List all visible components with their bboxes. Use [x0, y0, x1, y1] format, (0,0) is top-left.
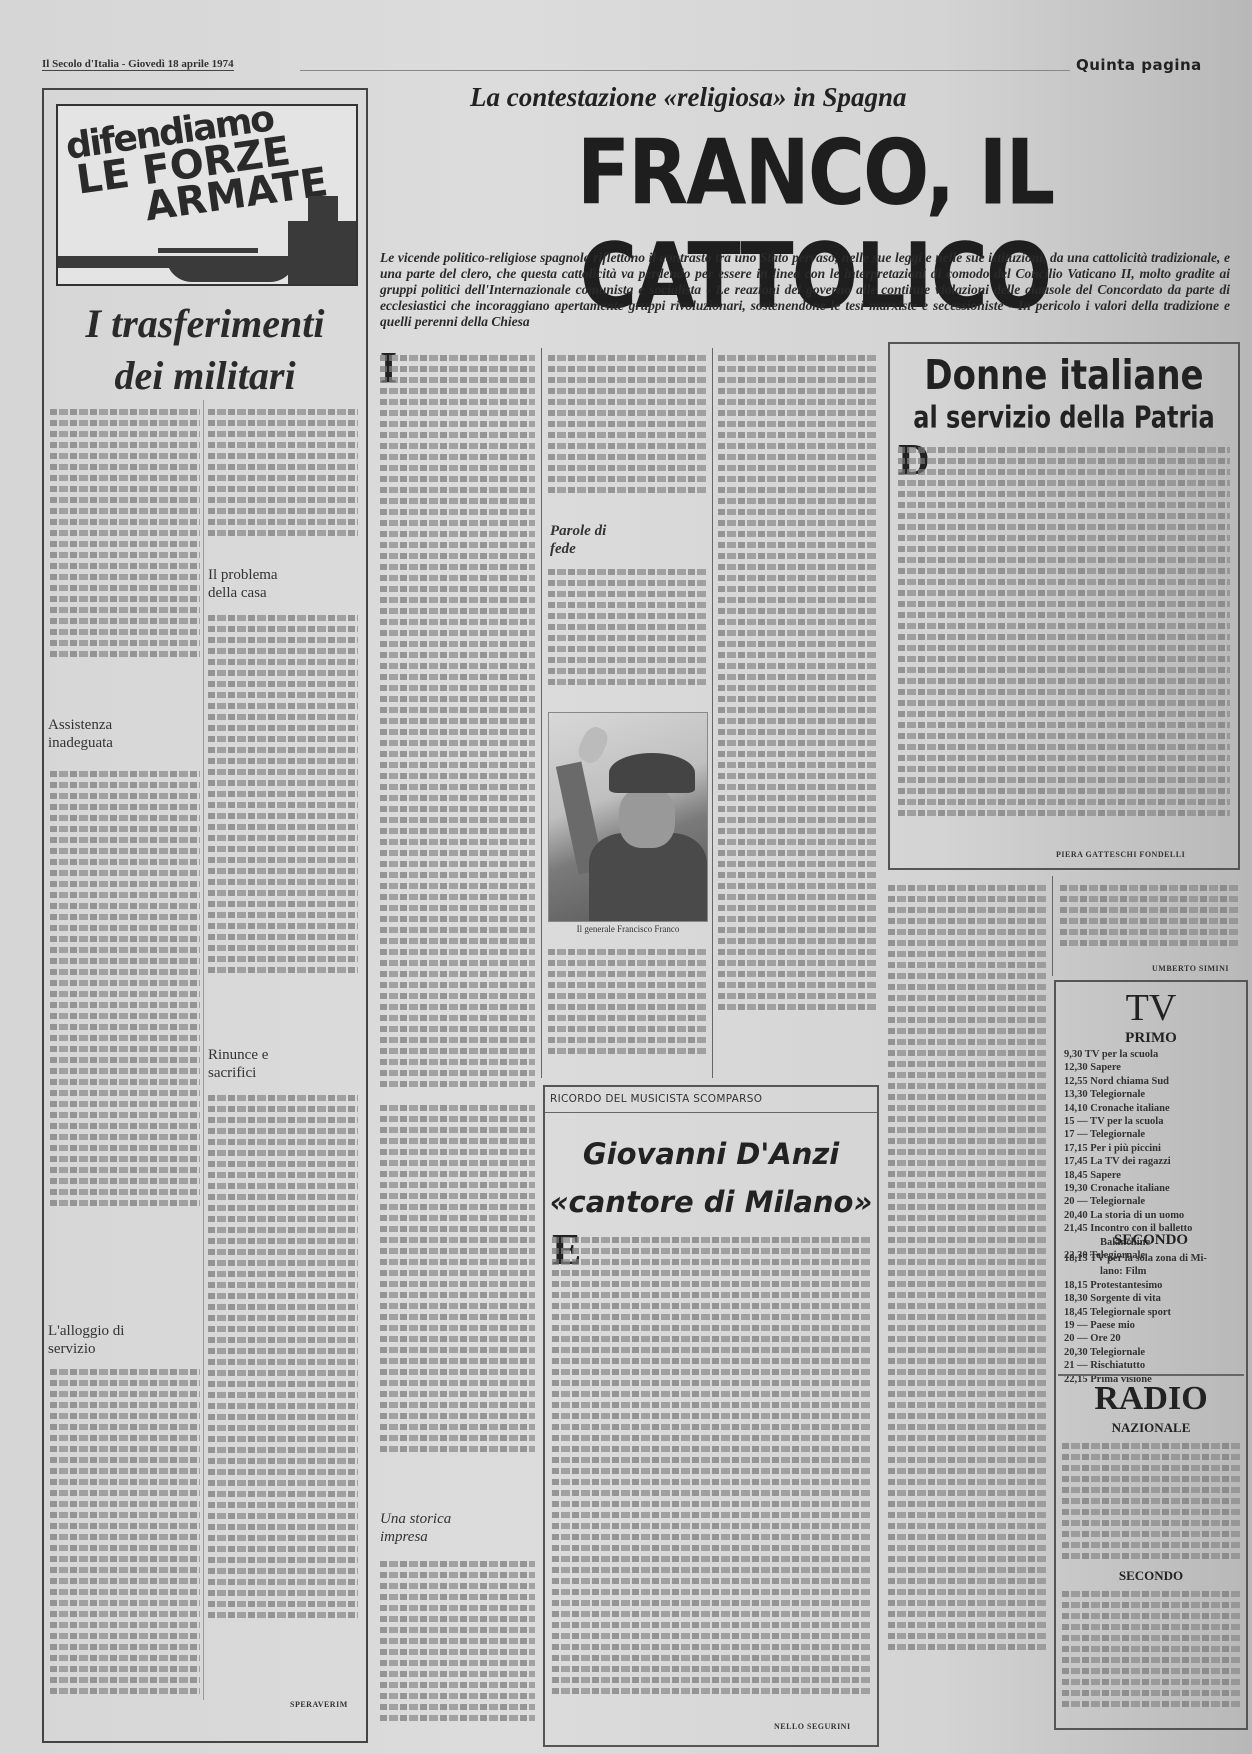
tv-primo-item: 20,40 La storia di un uomo [1064, 1209, 1244, 1222]
radio-secondo-label: SECONDO [1056, 1568, 1246, 1584]
left-body-col-1 [50, 404, 200, 684]
col-divider-2 [712, 348, 713, 1078]
donne-title: Donne italiane [892, 352, 1236, 400]
main-body-col-2-mid [548, 564, 706, 704]
main-kicker: La contestazione «religiosa» in Spagna [470, 82, 907, 113]
subhead-rinunce: Rinunce e sacrifici [208, 1046, 298, 1082]
tv-secondo-list: 18,15 TV per la sola zona di Mi- lano: F… [1064, 1252, 1244, 1386]
page-label: Quinta pagina [1076, 56, 1202, 74]
main-body-col-5 [1060, 880, 1240, 970]
left-title-line-1: I trasferimenti [50, 298, 360, 350]
left-body-col-2c [208, 1090, 358, 1690]
tank-icon [166, 256, 296, 282]
newspaper-page: Il Secolo d'Italia - Giovedì 18 aprile 1… [0, 0, 1252, 1754]
tv-primo-item: 14,10 Cronache italiane [1064, 1102, 1244, 1115]
military-cap [609, 753, 695, 793]
subhead-alloggio: L'alloggio di servizio [48, 1322, 158, 1358]
tv-radio-divider [1058, 1374, 1244, 1376]
radio-title: RADIO [1056, 1380, 1246, 1418]
radio-nazionale-label: NAZIONALE [1056, 1420, 1246, 1436]
main-deck: Le vicende politico-religiose spagnole r… [380, 250, 1230, 330]
subhead-parole-di-fede: Parole di fede [550, 522, 630, 558]
main-signature: UMBERTO SIMINI [1152, 964, 1229, 973]
tv-secondo-item: 20,30 Telegiornale [1064, 1346, 1244, 1359]
masthead-date: Il Secolo d'Italia - Giovedì 18 aprile 1… [42, 58, 234, 71]
tv-secondo-item: 21 — Rischiatutto [1064, 1359, 1244, 1372]
tv-secondo-item: 19 — Paese mio [1064, 1319, 1244, 1332]
donne-body: D [898, 442, 1230, 822]
franco-photo [548, 712, 708, 922]
danzi-body: E [552, 1232, 870, 1712]
subhead-assistenza: Assistenza inadeguata [48, 716, 178, 752]
tv-primo-item: 15 — TV per la scuola [1064, 1115, 1244, 1128]
tv-secondo-item: 20 — Ore 20 [1064, 1332, 1244, 1345]
left-article-title: I trasferimenti dei militari [50, 298, 360, 402]
tv-secondo-item: 18,15 Protestantesimo [1064, 1279, 1244, 1292]
main-body-col-2-bottom [548, 944, 706, 1074]
left-signature: SPERAVERIM [290, 1700, 348, 1709]
left-title-line-2: dei militari [50, 350, 360, 402]
tv-secondo-item: 18,30 Sorgente di vita [1064, 1292, 1244, 1305]
danzi-title-line-2: «cantore di Milano» [548, 1178, 874, 1226]
main-body-col-4 [888, 880, 1048, 1740]
tank-gun-icon [158, 248, 258, 253]
danzi-title-line-1: Giovanni D'Anzi [548, 1130, 874, 1178]
tv-primo-label: PRIMO [1056, 1030, 1246, 1047]
tv-primo-item: 17,15 Per i più piccini [1064, 1142, 1244, 1155]
raised-hand [575, 724, 612, 767]
tv-primo-list: 9,30 TV per la scuola 12,30 Sapere 12,55… [1064, 1048, 1244, 1263]
tv-primo-item: 19,30 Cronache italiane [1064, 1182, 1244, 1195]
subhead-problema-casa: Il problema della casa [208, 566, 308, 602]
logo-text: difendiamo LE FORZE ARMATE [64, 104, 330, 236]
col-divider-1 [541, 348, 542, 1078]
ship-icon [288, 221, 356, 284]
tv-primo-item: 12,55 Nord chiama Sud [1064, 1075, 1244, 1088]
tv-primo-item: 20 — Telegiornale [1064, 1195, 1244, 1208]
tv-primo-item: 17 — Telegiornale [1064, 1128, 1244, 1141]
radio-nazionale-list [1062, 1438, 1242, 1568]
danzi-title: Giovanni D'Anzi «cantore di Milano» [548, 1130, 874, 1226]
tv-secondo-item: 18,15 TV per la sola zona di Mi- [1064, 1252, 1244, 1265]
col-divider-3 [1052, 876, 1053, 976]
tv-secondo-label: SECONDO [1056, 1232, 1246, 1249]
main-body-col-2-top [548, 350, 706, 510]
subhead-storica-impresa: Una storica impresa [380, 1510, 480, 1546]
main-body-col-1: I [380, 350, 535, 1150]
main-body-col-1b [380, 1100, 535, 1500]
tv-primo-item: 12,30 Sapere [1064, 1061, 1244, 1074]
donne-subtitle: al servizio della Patria [892, 400, 1236, 435]
main-body-col-1c [380, 1556, 535, 1746]
tv-primo-item: 13,30 Telegiornale [1064, 1088, 1244, 1101]
main-body-col-3 [718, 350, 878, 1080]
left-body-col-1b [50, 766, 200, 1256]
left-body-col-2b [208, 610, 358, 1020]
ship-tower-icon [308, 196, 338, 224]
tv-secondo-item: lano: Film [1064, 1265, 1244, 1278]
forze-armate-logo: difendiamo LE FORZE ARMATE [56, 104, 358, 286]
tv-primo-item: 18,45 Sapere [1064, 1169, 1244, 1182]
tv-primo-item: 9,30 TV per la scuola [1064, 1048, 1244, 1061]
tv-primo-item: 17,45 La TV dei ragazzi [1064, 1155, 1244, 1168]
donne-signature: PIERA GATTESCHI FONDELLI [1056, 850, 1185, 859]
left-body-col-2 [208, 404, 358, 554]
left-body-col-1c [50, 1364, 200, 1734]
tv-title: TV [1056, 986, 1246, 1030]
danzi-signature: NELLO SEGURINI [774, 1722, 851, 1731]
left-column-divider [203, 400, 204, 1700]
masthead-rule [300, 70, 1070, 71]
radio-secondo-list [1062, 1586, 1242, 1716]
tv-secondo-item: 18,45 Telegiornale sport [1064, 1306, 1244, 1319]
photo-caption: Il generale Francisco Franco [548, 924, 708, 934]
face [619, 788, 675, 848]
danzi-kicker-rule [545, 1112, 877, 1113]
danzi-kicker: RICORDO DEL MUSICISTA SCOMPARSO [550, 1093, 762, 1105]
